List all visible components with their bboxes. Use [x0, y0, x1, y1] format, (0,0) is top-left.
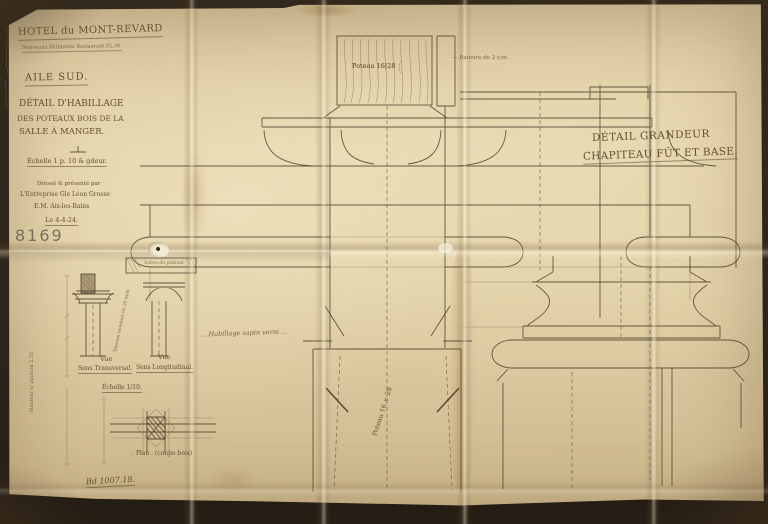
title-wing: AILE SUD.	[25, 72, 89, 86]
scale-note: Échelle 1 p. 10 & gdeur.	[27, 158, 107, 167]
plan-label: . Plan . (coupe bois)	[132, 451, 192, 457]
architectural-drawing-lines	[0, 0, 768, 524]
panel-label: Poteau 16|28	[352, 63, 395, 70]
view-left-label-line2: Sens Transversal.	[78, 366, 132, 374]
wood-panel-section	[337, 36, 455, 106]
title-block-mark	[70, 146, 86, 152]
dimension-note-left: Hauteur s/ plafond 2.55	[30, 352, 35, 412]
view-right-label-line2: Sens Longitudinal.	[136, 365, 193, 373]
small-scale-note: Échelle 1/10.	[102, 385, 142, 393]
beam-label: Solive du plafond	[144, 262, 184, 267]
drawing-object-line1: DÉTAIL D'HABILLAGE	[19, 100, 124, 109]
maker-line1: Dressé & présenté par	[37, 182, 100, 188]
view-left-label-line1: Vue	[100, 356, 112, 363]
fold-glint	[438, 243, 453, 253]
tear-speck	[156, 247, 161, 252]
maker-line3: E.M. Aix-les-Bains	[34, 204, 89, 210]
column-elevation-left	[5, 28, 114, 466]
archival-photo-of-drawing: HOTEL du MONT-REVARD Nouveaux Bâtiments …	[0, 0, 768, 524]
maker-line2: L'Entreprise Gle Léon Grosse	[20, 192, 110, 198]
base-full-size-drawing	[462, 256, 749, 489]
capital-full-size-drawing	[131, 85, 740, 490]
drawing-object-line3: SALLE À MANGER.	[19, 128, 104, 137]
drawing-object-line2: DES POTEAUX BOIS DE LA	[17, 115, 124, 123]
column-elevation-right	[126, 258, 196, 356]
post-plan-section	[110, 408, 216, 455]
date-line: Le 4-4-24.	[45, 217, 78, 226]
archive-stamp-number: 8169	[15, 228, 64, 245]
panel-note: — Rainure de 2 c/m	[452, 56, 507, 62]
view-right-label-line1: Vue	[158, 354, 170, 361]
